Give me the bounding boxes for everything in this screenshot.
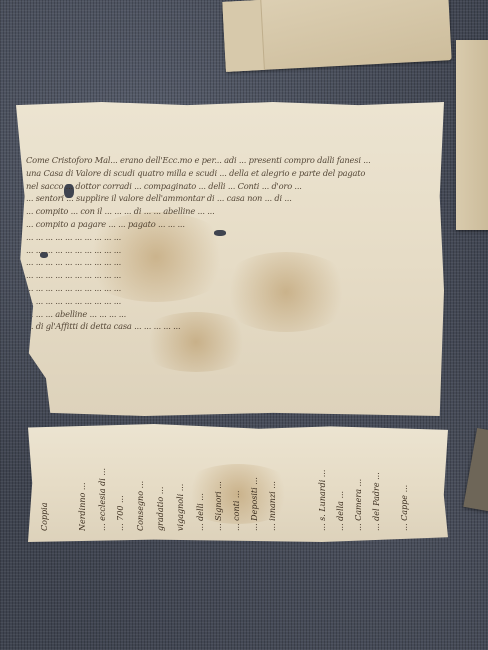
strip-column: gradatio ... [156, 436, 168, 531]
strip-column: ... del Padre ... [372, 436, 384, 531]
text-line: ... di gl'Affitti di detta casa ... ... … [26, 320, 436, 333]
text-line: una Casa di Valore di scudi quatro milla… [26, 167, 436, 180]
strip-heading: Coppia [40, 436, 52, 531]
strip-column: ... Cappe ... [400, 436, 412, 531]
strip-column: ... Depositi ... [250, 436, 262, 531]
text-line: Come Cristoforo Mal... erano dell'Ecc.mo… [26, 154, 436, 167]
folded-document-top [222, 0, 451, 72]
text-line: ... compito ... con il ... ... ... di ..… [26, 205, 436, 218]
strip-column: ... 700 ... [116, 436, 128, 531]
manuscript-strip: Coppia Nerdinno ... ... ecclesia di ... … [28, 424, 448, 542]
strip-column: Nerdinno ... [78, 436, 90, 531]
text-line: ... ... ... abelline ... ... ... ... [26, 308, 436, 321]
text-line: ... ... ... ... ... ... ... ... ... ... [26, 256, 436, 269]
strip-column: ... Camera ... [354, 436, 366, 531]
text-line: ... ... ... ... ... ... ... ... ... ... [26, 231, 436, 244]
text-line: ... ... ... ... ... ... ... ... ... ... [26, 295, 436, 308]
text-line: ... sentori ... supplire il valore dell'… [26, 192, 436, 205]
text-line: ... ... ... ... ... ... ... ... ... ... [26, 244, 436, 257]
text-line: ... ... ... ... ... ... ... ... ... ... [26, 269, 436, 282]
strip-column: ... innanzi ... [268, 436, 280, 531]
document-edge-right-bottom [463, 428, 488, 512]
text-line: ... ... ... ... ... ... ... ... ... ... [26, 282, 436, 295]
strip-column: ... conti ... [232, 436, 244, 531]
strip-column: Consegno ... [136, 436, 148, 531]
strip-column: vigagnoli ... [176, 436, 188, 531]
strip-column: ... della ... [336, 436, 348, 531]
strip-column: ... delli ... [196, 436, 208, 531]
document-edge-right [456, 40, 488, 230]
main-manuscript-page: Come Cristoforo Mal... erano dell'Ecc.mo… [16, 102, 444, 416]
text-line: nel sacco ... dottor corradi ... compagi… [26, 180, 436, 193]
strip-column: ... ecclesia di ... [98, 436, 110, 531]
text-line: ... compito a pagare ... ... pagato ... … [26, 218, 436, 231]
strip-column: ... s. Lunardi ... [318, 436, 330, 531]
handwritten-text: Come Cristoforo Mal... erano dell'Ecc.mo… [16, 102, 444, 416]
strip-column: ... Signori ... [214, 436, 226, 531]
